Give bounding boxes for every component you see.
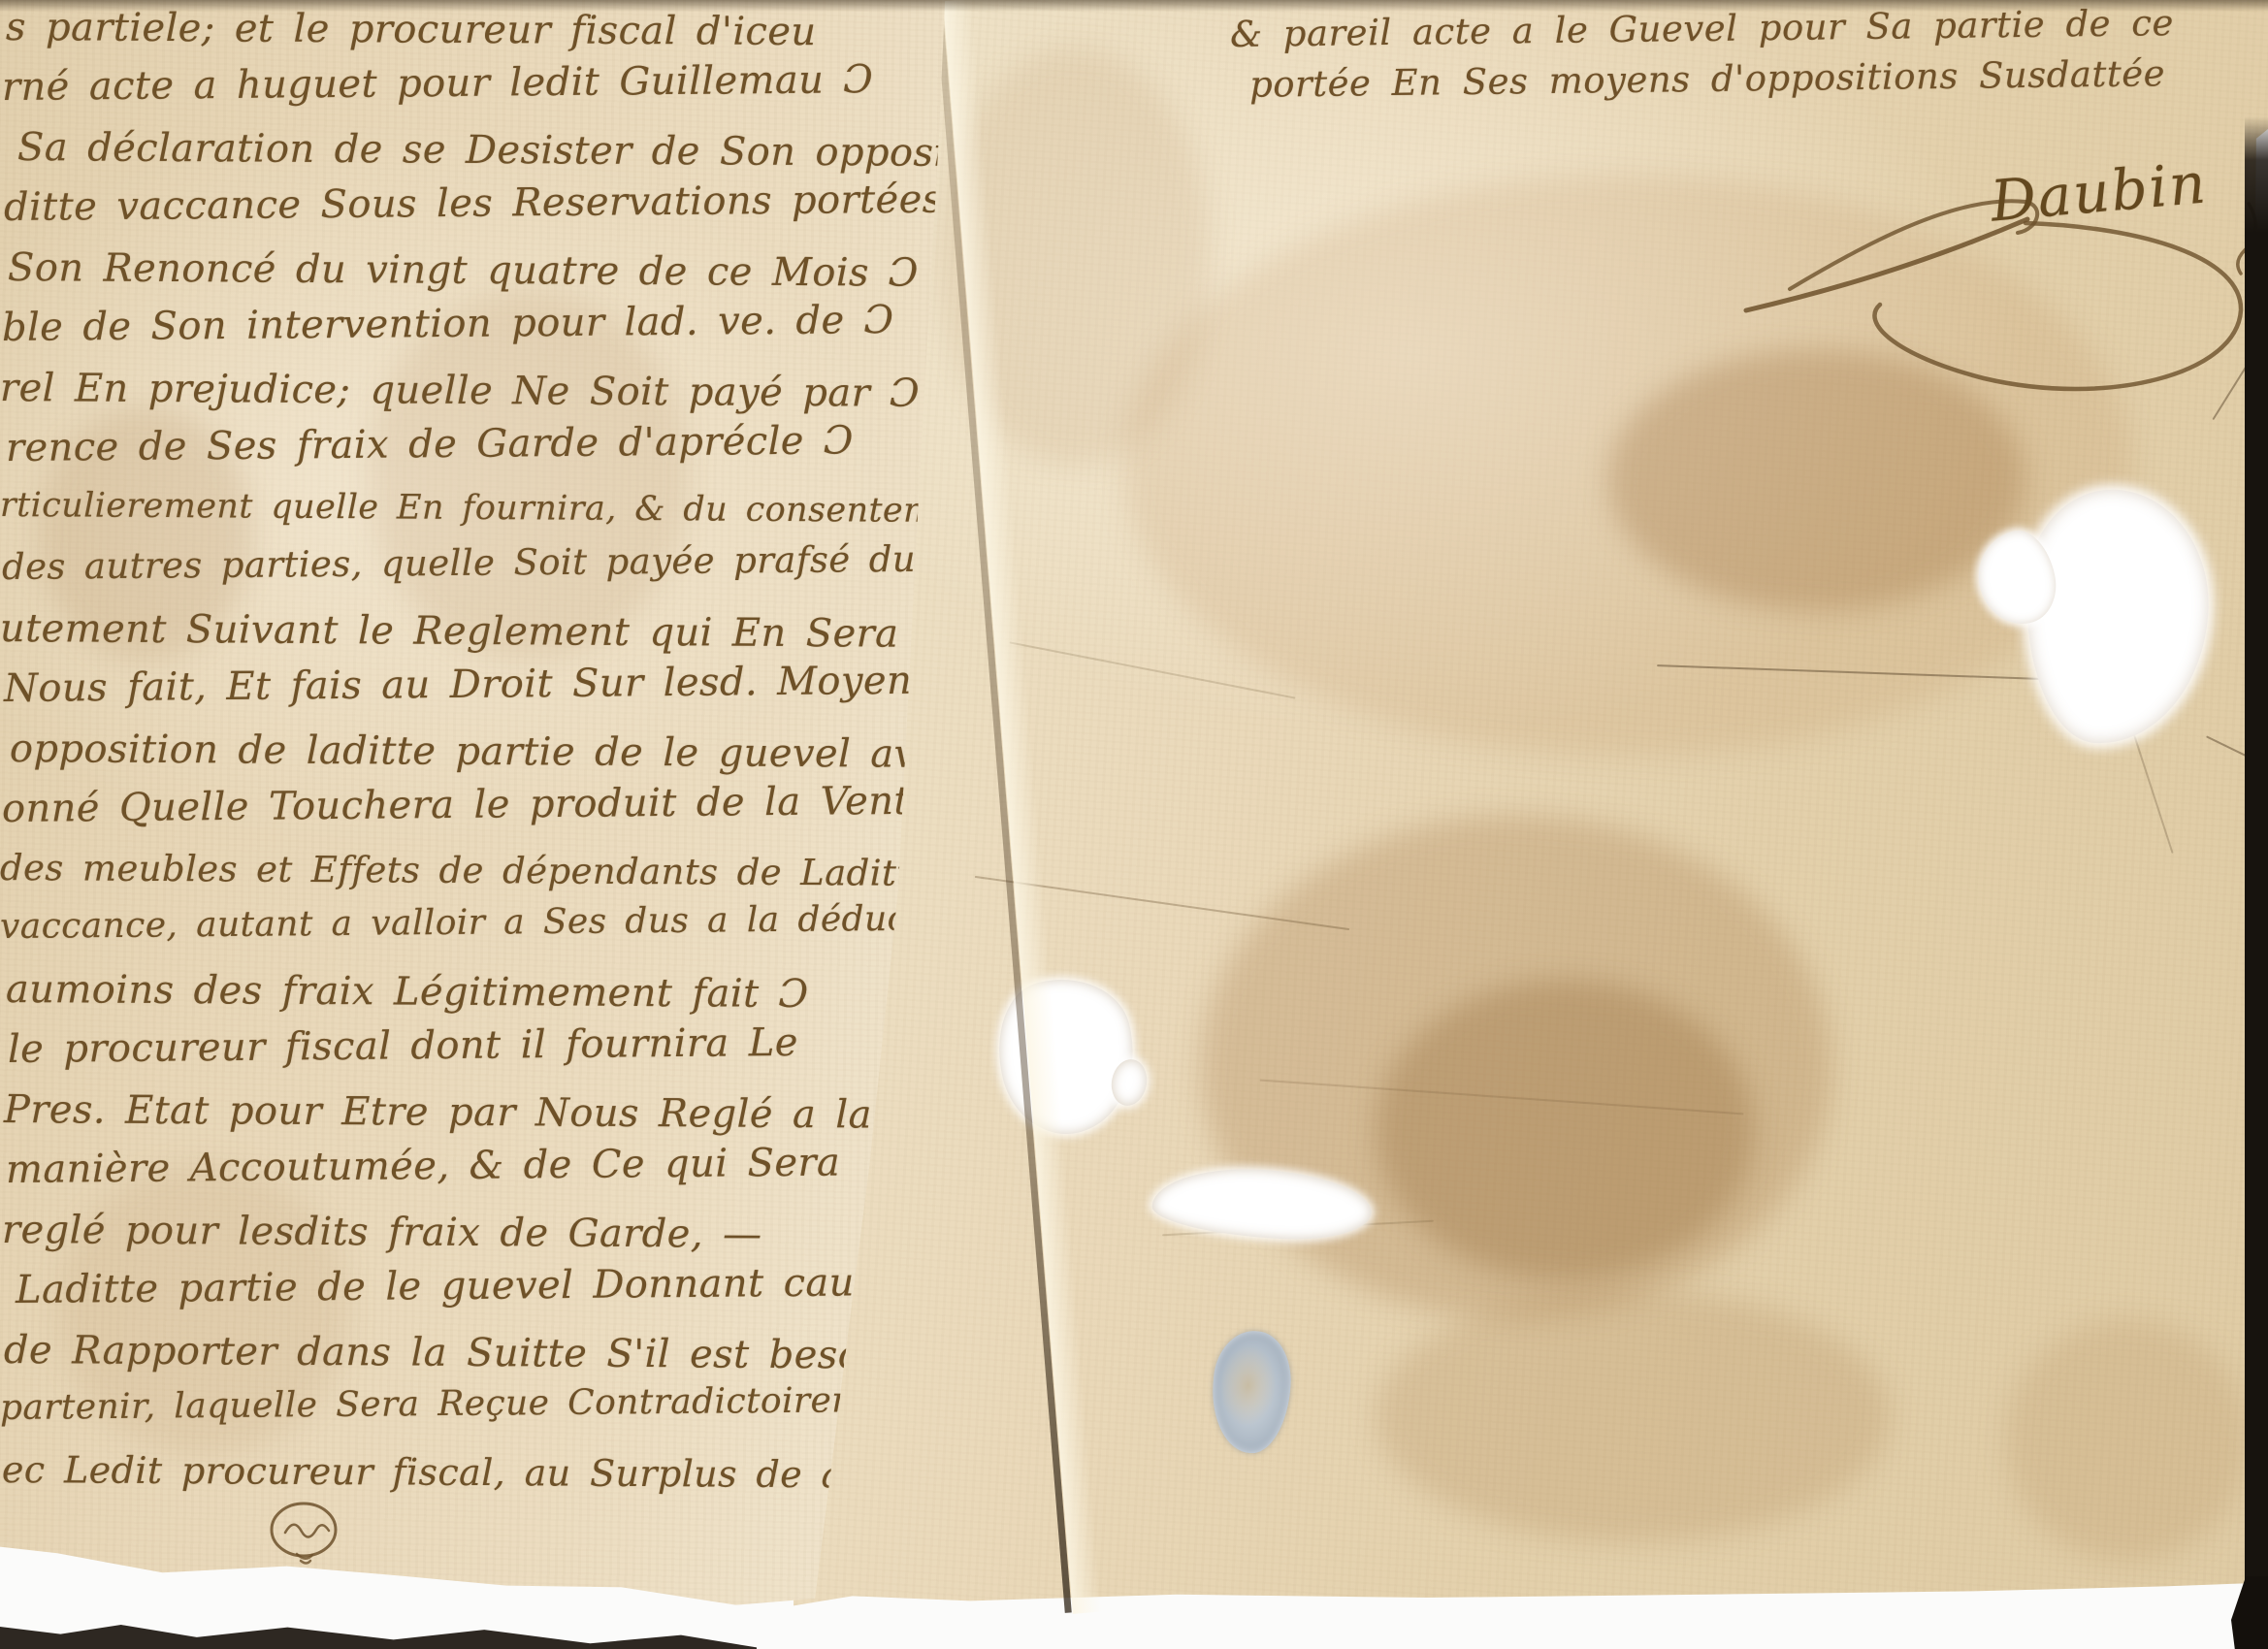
scanner-edge-corner [2231,1576,2268,1649]
manuscript-line: Sa déclaration de se Desister de Son opp… [17,128,1024,173]
manuscript-line: rticulierement quelle En fournira, & du … [0,489,992,529]
manuscript-line: utement Suivant le Reglement qui En Sera… [0,609,949,654]
manuscript-line: des meubles et Effets de dépendants de L… [0,850,980,891]
manuscript-line: onné Quelle Touchera le produit de la Ve… [2,781,983,828]
manuscript-line: reglé pour lesdits fraix de Garde, — [2,1211,762,1254]
manuscript-line: le procureur fiscal dont il fournira Le [8,1023,798,1069]
stain [1376,1290,1890,1542]
manuscript-line: ble de Son intervention pour lad. ve. de… [2,301,894,347]
crack-line [2129,724,2173,854]
manuscript-line: ditte vaccance Sous les Reservations por… [4,180,943,227]
manuscript-line: opposition de laditte partie de le gueve… [10,729,972,774]
manuscript-line: rel En prejudice; quelle Ne Soit payé pa… [0,369,920,413]
manuscript-line: ec Ledit procureur fiscal, au Surplus de… [2,1451,931,1494]
paraph-mark [268,1500,341,1568]
manuscript-line: des autres parties, quelle Soit payée pr… [2,540,966,585]
manuscript-line: Pres. Etat pour Etre par Nous Reglé a la [4,1090,872,1134]
manuscript-line: de Rapporter dans la Suitte S'il est bes… [4,1331,900,1375]
stain [2006,1319,2249,1562]
manuscript-line: s partiele; et le procureur fiscal d'ice… [6,8,817,51]
scan-top-shadow [0,0,2268,12]
scanner-edge-bottom-left [0,1618,757,1649]
manuscript-scan: & pareil acte a le Guevel pour Sa partie… [0,0,2268,1649]
manuscript-line: rence de Ses fraix de Garde d'aprécle Ɔ [6,421,854,468]
manuscript-line: vaccance, autant a valloir a Ses dus a l… [0,901,978,945]
manuscript-line: aumoins des fraix Légitimement fait Ɔ [6,970,809,1014]
manuscript-line: Laditte partie de le guevel Donnant caut… [16,1263,932,1309]
left-page: s partiele; et le procureur fiscal d'ice… [0,0,956,1618]
manuscript-line: manière Accoutumée, & de Ce qui Sera [6,1143,841,1189]
manuscript-line: Nous fait, Et fais au Droit Sur lesd. Mo… [4,661,983,708]
manuscript-line: rné acte a huguet pour ledit Guillemau Ɔ [2,60,874,107]
manuscript-line: Son Renoncé du vingt quatre de ce Mois Ɔ [8,248,919,293]
scanner-edge-right [2245,116,2268,1649]
stain [1376,980,1754,1280]
manuscript-line: partenir, laquelle Sera Reçue Contradict… [0,1383,923,1426]
